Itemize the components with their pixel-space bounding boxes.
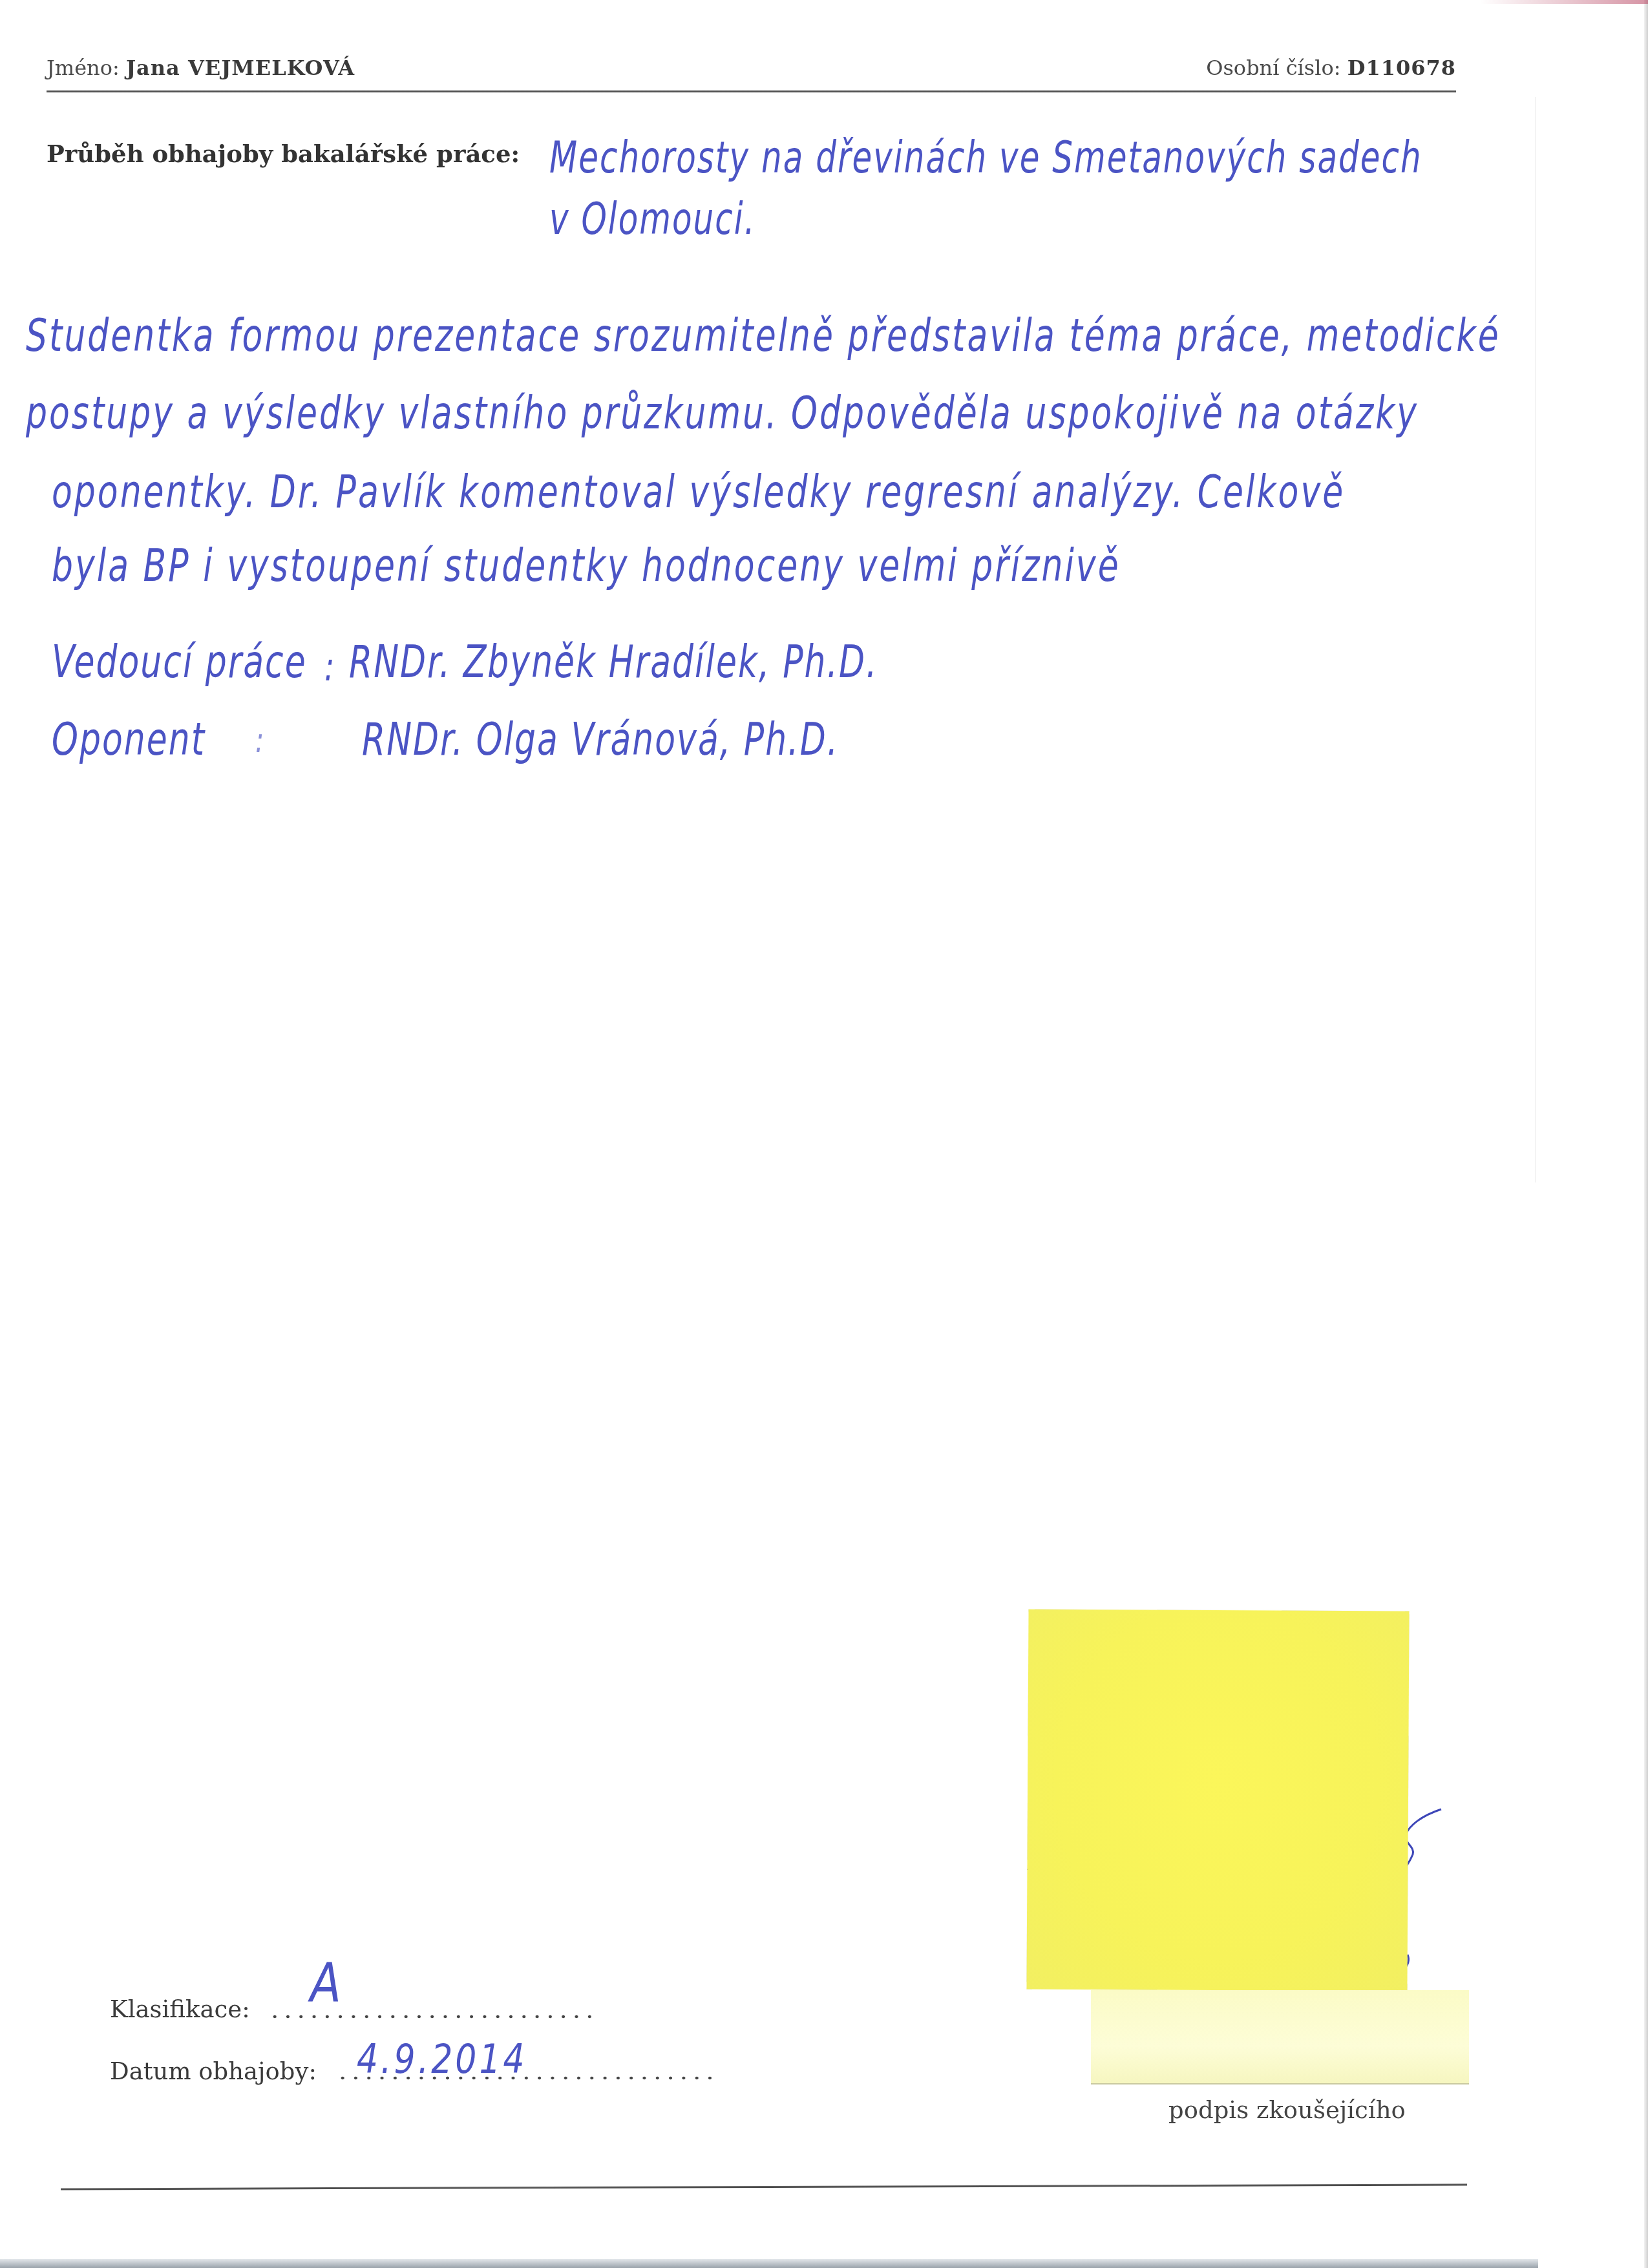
personal-number-field: Osobní číslo: D110678	[1206, 56, 1456, 80]
defense-notes-line-3: oponentky. Dr. Pavlík komentoval výsledk…	[52, 467, 1345, 519]
footer-divider	[61, 2184, 1467, 2190]
examiner-signature-caption: podpis zkoušejícího	[1168, 2096, 1406, 2124]
supervisor-separator: :	[324, 643, 336, 690]
opponent-name: RNDr. Olga Vránová, Ph.D.	[362, 714, 839, 766]
defense-date-value: 4.9.2014	[357, 2037, 527, 2083]
classification-label: Klasifikace:	[110, 1995, 250, 2023]
defense-notes-line-4: byla BP i vystoupení studentky hodnoceny…	[52, 540, 1121, 593]
classification-value: A	[310, 1951, 341, 2015]
thesis-title-line-2: v Olomouci.	[549, 194, 756, 244]
header-divider	[47, 90, 1456, 92]
classification-dotted-line	[268, 2015, 598, 2019]
opponent-separator: :	[255, 720, 265, 761]
defense-notes-line-2: postupy a výsledky vlastního průzkumu. O…	[26, 388, 1419, 440]
scan-edge-right	[1644, 0, 1648, 2268]
personal-number-value: D110678	[1347, 56, 1456, 80]
thesis-title-line-1: Mechorosty na dřevinách ve Smetanových s…	[549, 132, 1422, 183]
student-name-value: Jana VEJMELKOVÁ	[126, 56, 355, 80]
opponent-label: Oponent	[52, 714, 206, 766]
scan-corner-artifact	[1480, 0, 1648, 4]
personal-number-label: Osobní číslo:	[1206, 56, 1340, 80]
defense-section-label: Průběh obhajoby bakalářské práce:	[47, 140, 520, 168]
sticky-note-pale-redaction	[1091, 1990, 1469, 2084]
defense-notes-line-1: Studentka formou prezentace srozumitelně…	[26, 310, 1501, 362]
supervisor-label: Vedoucí práce	[52, 636, 307, 689]
student-name-field: Jméno: Jana VEJMELKOVÁ	[47, 56, 355, 80]
scan-margin-line	[1536, 97, 1536, 1182]
student-name-label: Jméno:	[47, 56, 120, 80]
defense-date-label: Datum obhajoby:	[110, 2057, 317, 2085]
sticky-note-redaction	[1026, 1609, 1409, 1991]
supervisor-name: RNDr. Zbyněk Hradílek, Ph.D.	[349, 636, 878, 689]
scan-edge-bottom	[0, 2259, 1538, 2268]
